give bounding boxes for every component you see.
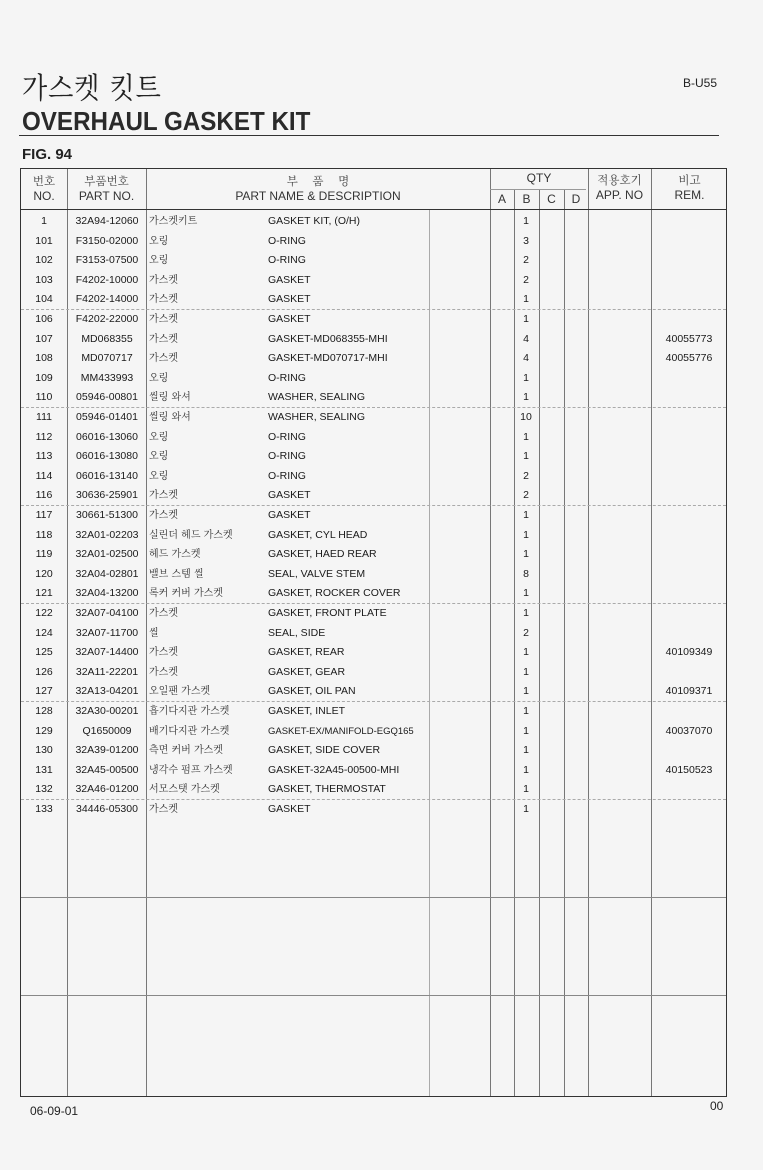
quantity-b: 1	[514, 643, 538, 663]
table-row: 108MD070717가스켓GASKET-MD070717-MHI4400557…	[21, 349, 728, 369]
row-number: 112	[21, 428, 67, 448]
table-row: 101F3150-02000오링O-RING3	[21, 232, 728, 252]
row-number: 114	[21, 467, 67, 487]
part-name-korean: 오일팬 가스켓	[149, 682, 210, 702]
part-number: 32A04-13200	[68, 584, 146, 604]
row-number: 108	[21, 349, 67, 369]
part-name-korean: 가스켓	[149, 486, 178, 506]
remarks: 40109349	[652, 643, 726, 663]
part-number: 06016-13060	[68, 428, 146, 448]
part-name-korean: 밸브 스템 씰	[149, 565, 204, 585]
part-name-korean: 배기다지관 가스켓	[149, 722, 229, 742]
header-rem-ko: 비고	[651, 173, 728, 188]
part-number: 32A46-01200	[68, 780, 146, 800]
header-qty-c: C	[539, 192, 564, 207]
table-row: 12832A30-00201흡기다지관 가스켓GASKET, INLET1	[21, 702, 728, 722]
part-number: 32A13-04201	[68, 682, 146, 702]
quantity-b: 8	[514, 565, 538, 585]
page-title: OVERHAUL GASKET KIT	[22, 106, 310, 137]
table-row: 107MD068355가스켓GASKET-MD068355-MHI4400557…	[21, 330, 728, 350]
part-number: 34446-05300	[68, 800, 146, 820]
part-name-english: GASKET	[268, 506, 311, 526]
quantity-b: 1	[514, 702, 538, 722]
part-number: 32A45-00500	[68, 761, 146, 781]
part-name-english: GASKET-MD068355-MHI	[268, 330, 388, 350]
table-row: 102F3153-07500오링O-RING2	[21, 251, 728, 271]
part-name-korean: 씰링 와셔	[149, 408, 191, 428]
quantity-b: 2	[514, 251, 538, 271]
quantity-b: 3	[514, 232, 538, 252]
title-divider	[19, 135, 719, 136]
part-name-korean: 오링	[149, 447, 168, 467]
table-row: 104F4202-14000가스켓GASKET1	[21, 290, 728, 310]
part-name-korean: 오링	[149, 251, 168, 271]
part-number: 32A39-01200	[68, 741, 146, 761]
part-number: 30636-25901	[68, 486, 146, 506]
row-number: 117	[21, 506, 67, 526]
table-row: 12032A04-02801밸브 스템 씰SEAL, VALVE STEM8	[21, 565, 728, 585]
part-name-english: GASKET-EX/MANIFOLD-EGQ165	[268, 722, 414, 742]
header-no-ko: 번호	[21, 174, 67, 189]
table-row: 12432A07-11700씰SEAL, SIDE2	[21, 624, 728, 644]
header-part-ko: 부품번호	[67, 174, 146, 189]
part-name-english: O-RING	[268, 251, 306, 271]
part-number: MM433993	[68, 369, 146, 389]
part-name-english: O-RING	[268, 447, 306, 467]
header-qty-a: A	[490, 192, 514, 207]
part-name-english: GASKET KIT, (O/H)	[268, 212, 360, 232]
quantity-b: 1	[514, 761, 538, 781]
table-row: 11005946-00801씰링 와셔WASHER, SEALING1	[21, 388, 728, 408]
part-name-english: WASHER, SEALING	[268, 408, 365, 428]
table-row: 11630636-25901가스켓GASKET2	[21, 486, 728, 506]
quantity-b: 1	[514, 682, 538, 702]
part-name-english: GASKET-32A45-00500-MHI	[268, 761, 399, 781]
quantity-b: 1	[514, 584, 538, 604]
remarks: 40109371	[652, 682, 726, 702]
header-rem-en: REM.	[651, 188, 728, 203]
part-name-korean: 오링	[149, 369, 168, 389]
part-name-english: GASKET, GEAR	[268, 663, 345, 683]
row-divider	[21, 897, 726, 898]
table-row: 12632A11-22201가스켓GASKET, GEAR1	[21, 663, 728, 683]
part-name-korean: 씰링 와셔	[149, 388, 191, 408]
table-row: 11406016-13140오링O-RING2	[21, 467, 728, 487]
part-number: 32A30-00201	[68, 702, 146, 722]
part-name-english: O-RING	[268, 428, 306, 448]
header-bottom-rule	[21, 209, 726, 210]
row-number: 118	[21, 526, 67, 546]
part-name-english: GASKET, THERMOSTAT	[268, 780, 386, 800]
part-number: 32A04-02801	[68, 565, 146, 585]
header-part-name: 부 품 명 PART NAME & DESCRIPTION	[146, 174, 490, 204]
remarks: 40037070	[652, 722, 726, 742]
part-name-english: GASKET, HAED REAR	[268, 545, 377, 565]
part-number: 32A07-04100	[68, 604, 146, 624]
part-number: 30661-51300	[68, 506, 146, 526]
table-row: 132A94-12060가스켓키트GASKET KIT, (O/H)1	[21, 212, 728, 232]
part-name-english: GASKET, CYL HEAD	[268, 526, 367, 546]
page-number: 00	[710, 1099, 723, 1113]
part-name-english: GASKET, INLET	[268, 702, 345, 722]
row-number: 124	[21, 624, 67, 644]
header-qty-d: D	[564, 192, 588, 207]
table-row: 11105946-01401씰링 와셔WASHER, SEALING10	[21, 408, 728, 428]
table-row: 12132A04-13200록커 커버 가스켓GASKET, ROCKER CO…	[21, 584, 728, 604]
row-number: 106	[21, 310, 67, 330]
part-name-korean: 가스켓	[149, 310, 178, 330]
header-app-no: 적용호기 APP. NO	[588, 173, 651, 203]
table-row: 106F4202-22000가스켓GASKET1	[21, 310, 728, 330]
part-name-english: O-RING	[268, 232, 306, 252]
quantity-b: 2	[514, 467, 538, 487]
part-number: Q1650009	[68, 722, 146, 742]
table-row: 11832A01-02203실린더 헤드 가스켓GASKET, CYL HEAD…	[21, 526, 728, 546]
part-name-korean: 가스켓	[149, 663, 178, 683]
row-number: 107	[21, 330, 67, 350]
part-number: 05946-00801	[68, 388, 146, 408]
table-row: 109MM433993오링O-RING1	[21, 369, 728, 389]
part-name-english: O-RING	[268, 467, 306, 487]
part-name-english: SEAL, SIDE	[268, 624, 325, 644]
table-row: 103F4202-10000가스켓GASKET2	[21, 271, 728, 291]
quantity-b: 1	[514, 428, 538, 448]
part-number: F4202-10000	[68, 271, 146, 291]
part-name-english: WASHER, SEALING	[268, 388, 365, 408]
part-name-korean: 록커 커버 가스켓	[149, 584, 223, 604]
part-name-korean: 흡기다지관 가스켓	[149, 702, 229, 722]
row-number: 119	[21, 545, 67, 565]
part-name-korean: 가스켓키트	[149, 212, 197, 232]
part-name-korean: 가스켓	[149, 271, 178, 291]
table-row: 13334446-05300가스켓GASKET1	[21, 800, 728, 820]
part-name-korean: 서모스탯 가스켓	[149, 780, 220, 800]
row-number: 109	[21, 369, 67, 389]
quantity-b: 1	[514, 290, 538, 310]
part-name-english: GASKET	[268, 271, 311, 291]
row-number: 133	[21, 800, 67, 820]
quantity-b: 1	[514, 506, 538, 526]
part-name-english: GASKET, FRONT PLATE	[268, 604, 387, 624]
quantity-b: 1	[514, 526, 538, 546]
quantity-b: 10	[514, 408, 538, 428]
header-name-en: PART NAME & DESCRIPTION	[146, 189, 490, 204]
quantity-b: 1	[514, 800, 538, 820]
part-number: 05946-01401	[68, 408, 146, 428]
row-number: 131	[21, 761, 67, 781]
remarks: 40055773	[652, 330, 726, 350]
table-row: 11306016-13080오링O-RING1	[21, 447, 728, 467]
quantity-b: 1	[514, 780, 538, 800]
part-number: 32A07-14400	[68, 643, 146, 663]
quantity-b: 1	[514, 369, 538, 389]
header-name-ko: 부 품 명	[146, 174, 490, 189]
remarks: 40150523	[652, 761, 726, 781]
quantity-b: 1	[514, 388, 538, 408]
row-number: 122	[21, 604, 67, 624]
part-name-korean: 가스켓	[149, 800, 178, 820]
row-number: 130	[21, 741, 67, 761]
part-number: F3150-02000	[68, 232, 146, 252]
table-row: 13232A46-01200서모스탯 가스켓GASKET, THERMOSTAT…	[21, 780, 728, 800]
part-number: MD070717	[68, 349, 146, 369]
quantity-b: 1	[514, 741, 538, 761]
part-number: F4202-14000	[68, 290, 146, 310]
part-number: F4202-22000	[68, 310, 146, 330]
table-row: 12732A13-04201오일팬 가스켓GASKET, OIL PAN1401…	[21, 682, 728, 702]
part-number: MD068355	[68, 330, 146, 350]
header-no: 번호 NO.	[21, 174, 67, 204]
part-name-english: GASKET	[268, 800, 311, 820]
part-number: 32A07-11700	[68, 624, 146, 644]
title-korean: 가스켓 킷트	[22, 66, 162, 107]
row-number: 113	[21, 447, 67, 467]
part-name-korean: 실린더 헤드 가스켓	[149, 526, 233, 546]
table-row: 13132A45-00500냉각수 펌프 가스켓GASKET-32A45-005…	[21, 761, 728, 781]
part-number: 06016-13140	[68, 467, 146, 487]
part-number: 06016-13080	[68, 447, 146, 467]
qty-header-divider	[490, 189, 586, 190]
part-name-english: GASKET	[268, 290, 311, 310]
part-name-korean: 가스켓	[149, 349, 178, 369]
part-name-korean: 가스켓	[149, 643, 178, 663]
part-name-korean: 오링	[149, 467, 168, 487]
table-row: 129Q1650009배기다지관 가스켓GASKET-EX/MANIFOLD-E…	[21, 722, 728, 742]
row-number: 120	[21, 565, 67, 585]
row-number: 126	[21, 663, 67, 683]
header-part-en: PART NO.	[67, 189, 146, 204]
row-number: 101	[21, 232, 67, 252]
part-name-english: GASKET, OIL PAN	[268, 682, 356, 702]
row-number: 110	[21, 388, 67, 408]
part-name-english: GASKET-MD070717-MHI	[268, 349, 388, 369]
row-number: 111	[21, 408, 67, 428]
table-row: 11206016-13060오링O-RING1	[21, 428, 728, 448]
row-number: 1	[21, 212, 67, 232]
part-number: 32A94-12060	[68, 212, 146, 232]
row-number: 103	[21, 271, 67, 291]
part-number: 32A01-02203	[68, 526, 146, 546]
table-row: 12232A07-04100가스켓GASKET, FRONT PLATE1	[21, 604, 728, 624]
header-qty-b: B	[514, 192, 539, 207]
figure-label: FIG. 94	[22, 146, 72, 163]
part-name-korean: 가스켓	[149, 330, 178, 350]
row-number: 127	[21, 682, 67, 702]
row-number: 121	[21, 584, 67, 604]
row-number: 125	[21, 643, 67, 663]
part-name-korean: 가스켓	[149, 290, 178, 310]
part-name-korean: 오링	[149, 428, 168, 448]
quantity-b: 1	[514, 663, 538, 683]
row-number: 129	[21, 722, 67, 742]
part-name-korean: 가스켓	[149, 604, 178, 624]
part-name-korean: 오링	[149, 232, 168, 252]
parts-table: 번호 NO. 부품번호 PART NO. 부 품 명 PART NAME & D…	[20, 168, 727, 1097]
part-number: 32A01-02500	[68, 545, 146, 565]
table-row: 13032A39-01200측면 커버 가스켓GASKET, SIDE COVE…	[21, 741, 728, 761]
part-name-english: SEAL, VALVE STEM	[268, 565, 365, 585]
table-row: 12532A07-14400가스켓GASKET, REAR140109349	[21, 643, 728, 663]
row-number: 116	[21, 486, 67, 506]
part-name-english: GASKET, REAR	[268, 643, 344, 663]
revision-date: 06-09-01	[30, 1104, 78, 1118]
table-row: 11730661-51300가스켓GASKET1	[21, 506, 728, 526]
part-name-korean: 가스켓	[149, 506, 178, 526]
part-number: 32A11-22201	[68, 663, 146, 683]
part-name-english: O-RING	[268, 369, 306, 389]
header-qty: QTY	[490, 171, 588, 186]
quantity-b: 4	[514, 349, 538, 369]
part-number: F3153-07500	[68, 251, 146, 271]
header-part-no: 부품번호 PART NO.	[67, 174, 146, 204]
quantity-b: 1	[514, 310, 538, 330]
part-name-korean: 냉각수 펌프 가스켓	[149, 761, 233, 781]
quantity-b: 1	[514, 447, 538, 467]
part-name-english: GASKET	[268, 310, 311, 330]
quantity-b: 1	[514, 604, 538, 624]
header-app-ko: 적용호기	[588, 173, 651, 188]
table-row: 11932A01-02500헤드 가스켓GASKET, HAED REAR1	[21, 545, 728, 565]
quantity-b: 1	[514, 722, 538, 742]
quantity-b: 2	[514, 624, 538, 644]
row-number: 104	[21, 290, 67, 310]
row-number: 102	[21, 251, 67, 271]
header-app-en: APP. NO	[588, 188, 651, 203]
quantity-b: 2	[514, 486, 538, 506]
quantity-b: 1	[514, 212, 538, 232]
remarks: 40055776	[652, 349, 726, 369]
part-name-korean: 씰	[149, 624, 159, 644]
row-divider	[21, 995, 726, 996]
part-name-korean: 헤드 가스켓	[149, 545, 200, 565]
row-number: 132	[21, 780, 67, 800]
part-name-english: GASKET, ROCKER COVER	[268, 584, 400, 604]
header-no-en: NO.	[21, 189, 67, 204]
part-name-korean: 측면 커버 가스켓	[149, 741, 223, 761]
row-number: 128	[21, 702, 67, 722]
quantity-b: 1	[514, 545, 538, 565]
page-code: B-U55	[683, 76, 717, 90]
quantity-b: 2	[514, 271, 538, 291]
part-name-english: GASKET	[268, 486, 311, 506]
part-name-english: GASKET, SIDE COVER	[268, 741, 380, 761]
header-remarks: 비고 REM.	[651, 173, 728, 203]
quantity-b: 4	[514, 330, 538, 350]
